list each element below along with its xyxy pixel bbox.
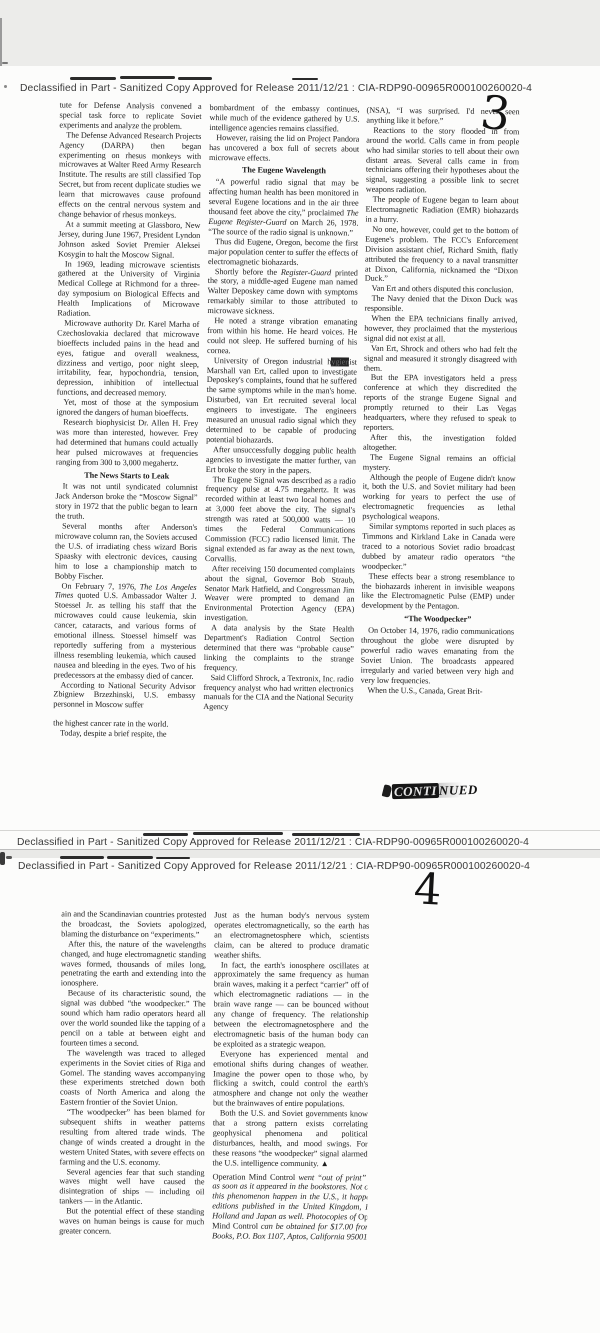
article-paragraph: “The woodpecker” has been blamed for sub… (60, 1107, 205, 1167)
article-paragraph: Thus did Eugene, Oregon, become the firs… (208, 237, 358, 268)
article-paragraph: Operation Mind Control went “out of prin… (212, 1172, 369, 1243)
page3-column-3: (NSA), “I was surprised. I'd never seen … (359, 106, 519, 800)
page-edge-line (0, 830, 600, 831)
article-paragraph: The people of Eugene began to learn abou… (365, 195, 518, 226)
page3-column-1: tute for Defense Analysis convened a spe… (52, 100, 201, 807)
article-paragraph: A data analysis by the State Health Depa… (204, 623, 355, 674)
scan-artifact (107, 856, 153, 859)
scan-artifact (4, 85, 7, 88)
declassification-banner-page4-header: Declassified in Part - Sanitized Copy Ap… (18, 861, 530, 872)
article-paragraph: Research biophysicist Dr. Allen H. Frey … (56, 417, 199, 468)
article-paragraph: bombardment of the embassy continues, wh… (209, 103, 359, 134)
article-paragraph: After this, the investigation folded alt… (363, 433, 516, 454)
scan-artifact (292, 833, 360, 836)
article-paragraph: tute for Defense Analysis convened a spe… (59, 100, 201, 131)
article-paragraph: Yet, most of those at the symposium igno… (56, 398, 198, 419)
scan-artifact (292, 78, 318, 80)
scan-margin (0, 0, 600, 66)
article-paragraph: Although the people of Eugene didn't kno… (362, 472, 516, 523)
article-paragraph: Microwave authority Dr. Karel Marha of C… (57, 318, 200, 399)
article-paragraph: Just as the human body's nervous system … (214, 910, 369, 961)
article-paragraph: But the potential effect of these standi… (59, 1207, 204, 1238)
article-paragraph: The Defense Advanced Research Projects A… (58, 130, 201, 221)
article-paragraph: When the EPA technicians finally arrived… (364, 314, 517, 345)
scan-artifact (2, 62, 8, 64)
scan-artifact (6, 856, 12, 859)
page4-column-1: ain and the Scandinavian countries prote… (59, 909, 207, 1310)
continued-stamp-text: CONTI (392, 783, 439, 799)
article-paragraph: After this, the nature of the wavelength… (61, 939, 206, 990)
article-paragraph: Today, despite a brief respite, the (53, 729, 195, 740)
page-number-4: 4 (413, 868, 443, 912)
scan-artifact (156, 857, 190, 859)
scan-artifact (143, 833, 188, 836)
article-paragraph: On October 14, 1976, radio communication… (361, 626, 515, 687)
article-paragraph: The wavelength was traced to alleged exp… (60, 1048, 205, 1108)
section-heading: The News Starts to Leak (56, 470, 198, 481)
article-paragraph: After receiving 150 documented complaint… (204, 564, 355, 625)
article-paragraph: University of Oregon industrial hygienis… (206, 356, 357, 447)
scan-artifact (193, 832, 283, 835)
article-paragraph: Several months after Anderson's microwav… (55, 522, 198, 583)
scan-artifact (0, 852, 5, 865)
article-paragraph: (NSA), “I was surprised. I'd never seen … (366, 106, 519, 127)
article-paragraph: According to National Security Advisor Z… (53, 680, 195, 711)
article-paragraph: “A powerful radio signal that may be aff… (208, 177, 359, 238)
article-paragraph: The Eugene Signal remains an official my… (363, 452, 516, 473)
article-paragraph: However, raising the lid on Project Pand… (209, 133, 359, 164)
document-scan-viewer: Declassified in Part - Sanitized Copy Ap… (0, 0, 600, 1333)
article-paragraph: He noted a strange vibration emanating f… (207, 316, 357, 357)
article-paragraph: After unsuccessfully dogging public heal… (206, 445, 356, 476)
article-paragraph: In fact, the earth's ionosphere oscillat… (213, 960, 369, 1050)
scan-artifact (60, 856, 104, 859)
scan-artifact (178, 77, 212, 80)
scan-artifact (0, 18, 2, 66)
page4-column-2: Just as the human body's nervous system … (211, 910, 369, 1321)
article-paragraph: ain and the Scandinavian countries prote… (61, 909, 206, 940)
article-paragraph: On February 7, 1976, The Los Angeles Tim… (54, 581, 197, 682)
article-paragraph: Similar symptoms reported in such places… (362, 522, 516, 573)
article-paragraph: These effects bear a strong resemblance … (361, 571, 514, 612)
article-paragraph: In 1969, leading microwave scientists ga… (57, 259, 200, 320)
article-paragraph: No one, however, could get to the bottom… (365, 225, 519, 286)
section-heading: “The Woodpecker” (361, 614, 514, 626)
declassification-banner-page3-footer: Declassified in Part - Sanitized Copy Ap… (17, 837, 529, 848)
article-paragraph: At a summit meeting at Glassboro, New Je… (58, 219, 200, 260)
article-paragraph: Reactions to the story flooded in from a… (366, 125, 520, 196)
article-paragraph: Both the U.S. and Soviet governments kno… (213, 1109, 368, 1170)
article-paragraph: Shortly before the Register-Guard printe… (207, 267, 358, 318)
section-heading: The Eugene Wavelength (209, 165, 359, 176)
scan-artifact (120, 76, 175, 79)
article-paragraph: Everyone has experienced mental and emot… (213, 1049, 368, 1110)
article-paragraph: Because of its characteristic sound, the… (60, 989, 205, 1049)
scan-artifact (70, 77, 116, 80)
article-paragraph: But the EPA investigators held a press c… (363, 373, 517, 434)
article-paragraph: Several agencies fear that such standing… (59, 1167, 204, 1208)
page3-column-2: bombardment of the embassy continues, wh… (202, 103, 359, 813)
article-paragraph: Said Clifford Shrock, a Textronix, Inc. … (203, 673, 353, 714)
declassification-banner-top: Declassified in Part - Sanitized Copy Ap… (20, 83, 532, 94)
article-paragraph: When the U.S., Canada, Great Brit- (360, 685, 513, 697)
article-paragraph: The Navy denied that the Dixon Duck was … (364, 294, 517, 315)
article-paragraph: The Eugene Signal was described as a rad… (205, 475, 356, 566)
article-paragraph: It was not until syndicated columnist Ja… (55, 482, 197, 523)
continued-stamp: CONTINUED (392, 782, 478, 800)
article-paragraph: Van Ert, Shrock and others who had felt … (364, 343, 517, 374)
